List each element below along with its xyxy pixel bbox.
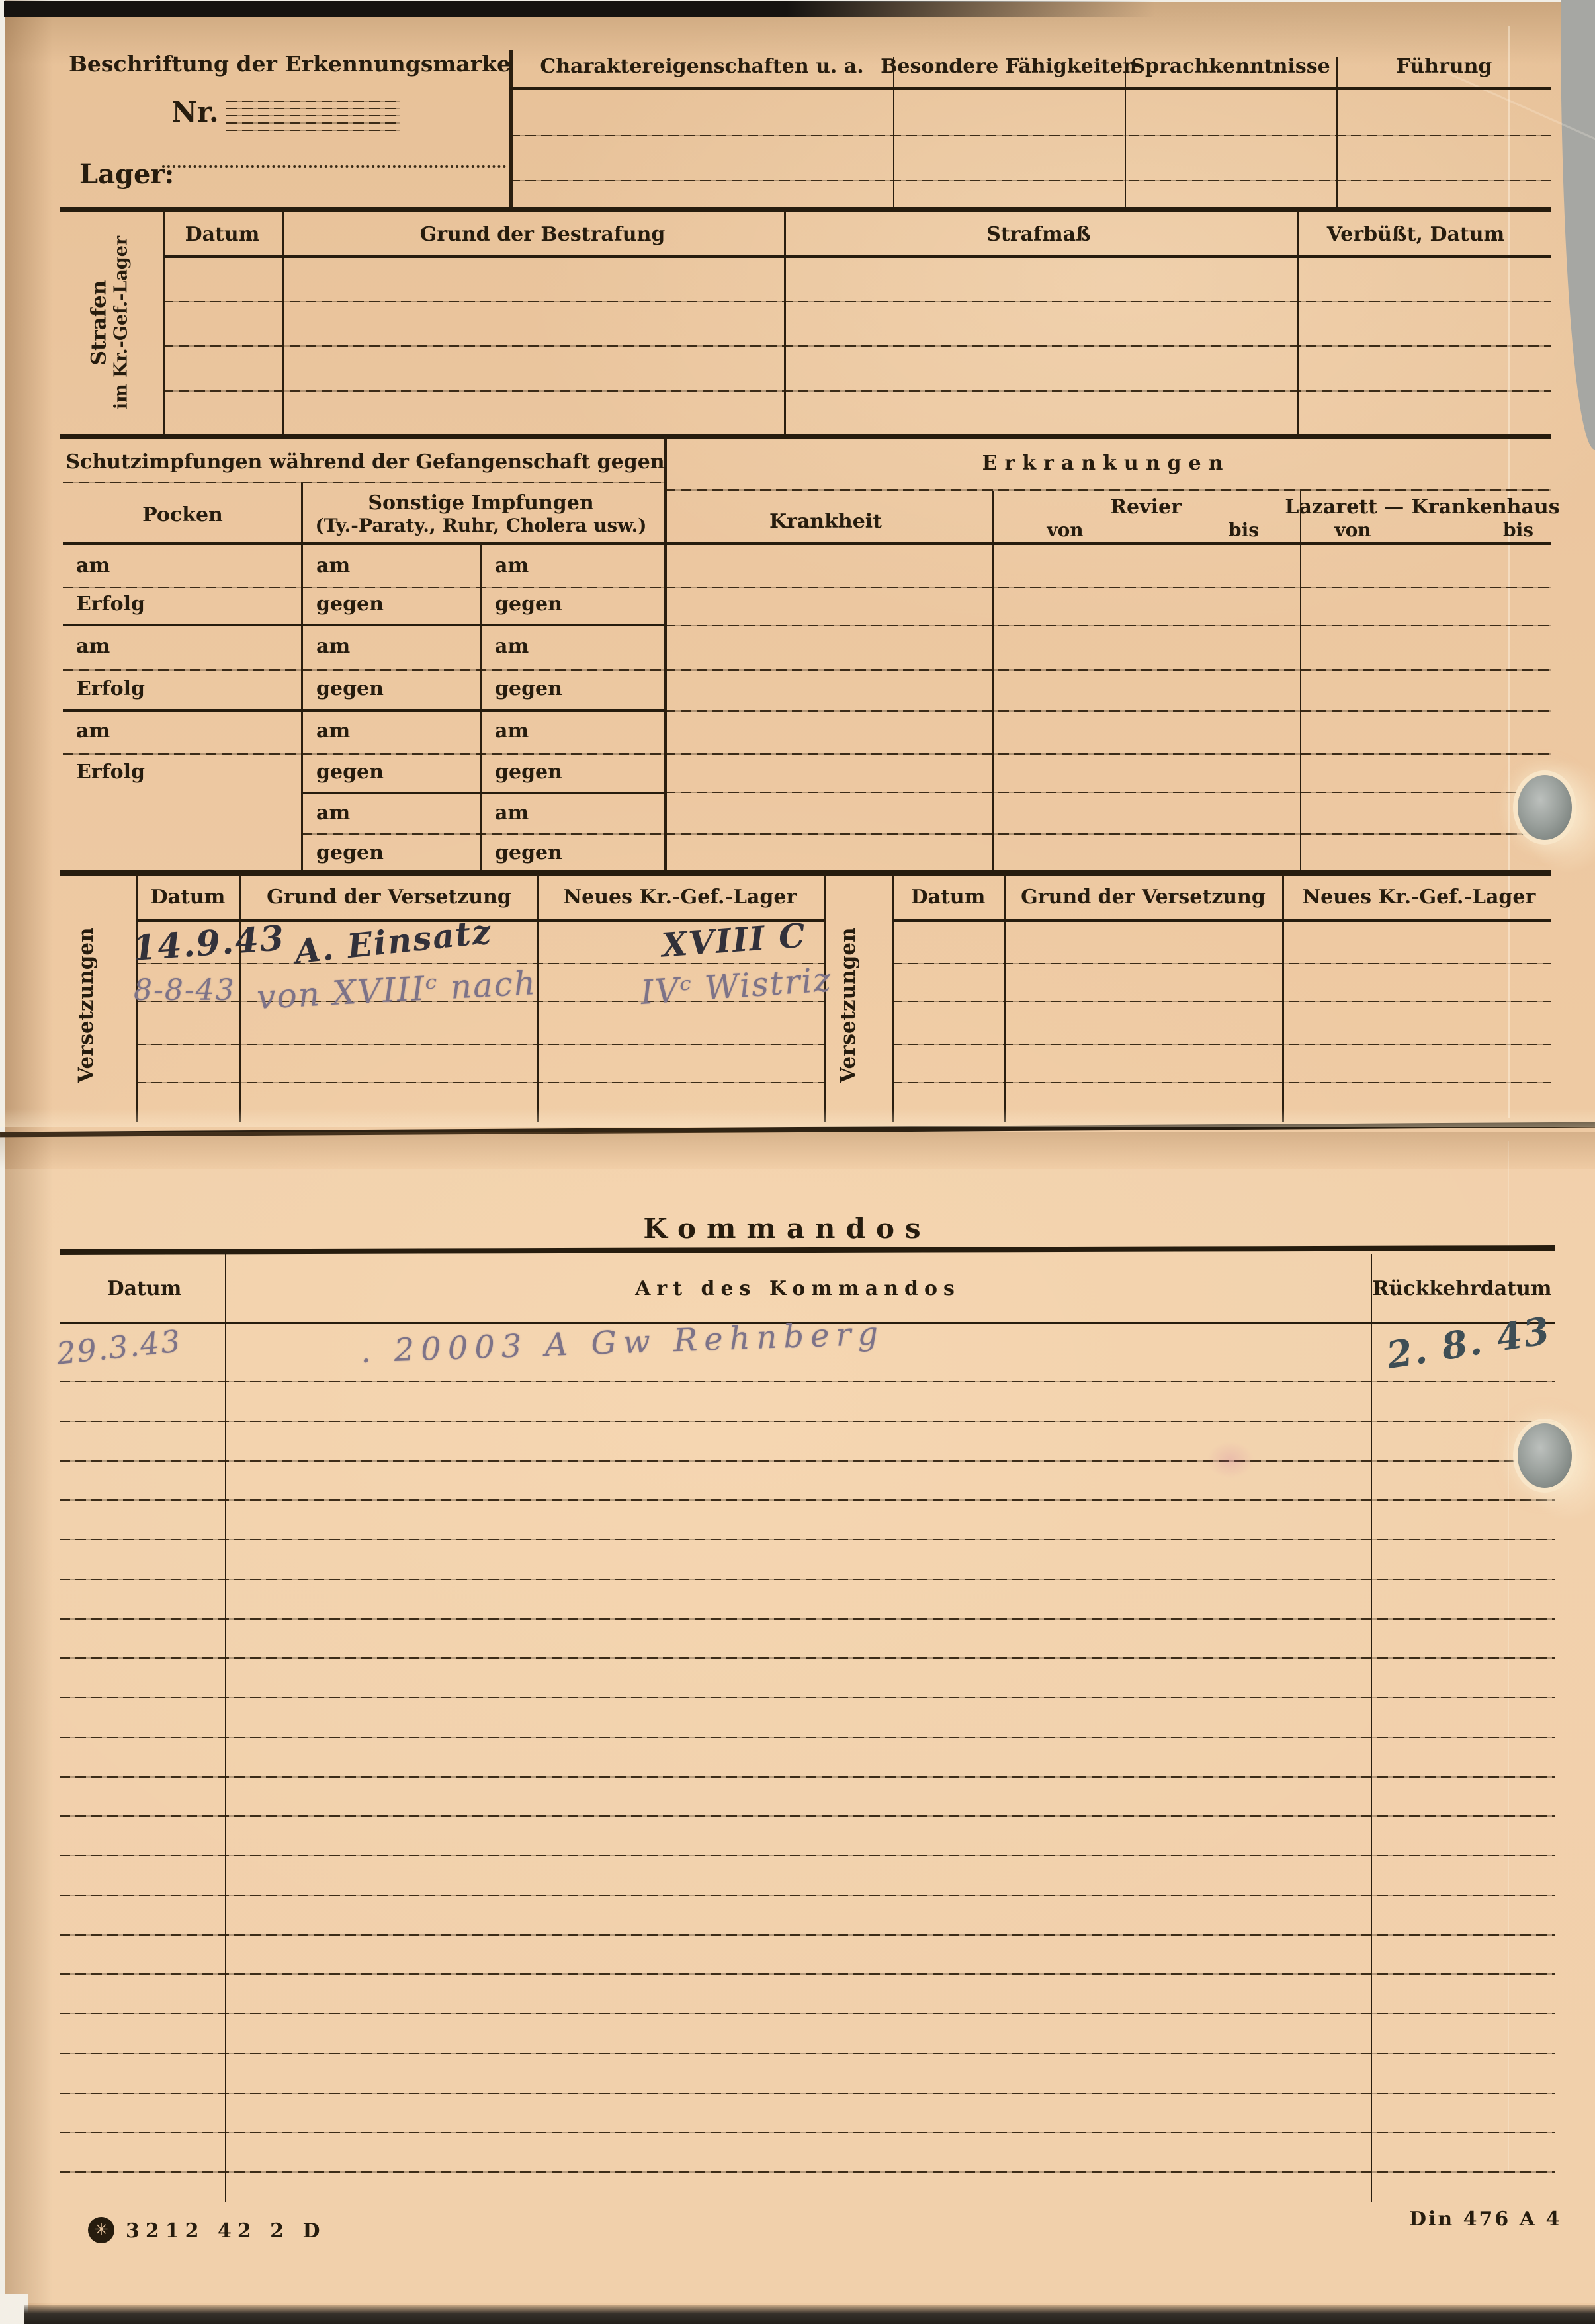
vers-r-col-grund: Grund der Versetzung xyxy=(1021,886,1266,909)
id-block-title: Beschriftung der Erkennungsmarke xyxy=(69,52,511,77)
kommandos-row-line xyxy=(60,1934,1555,1936)
sonst2-am-2: am xyxy=(495,635,529,658)
sonst1-am-4: am xyxy=(316,802,350,825)
vers-l-col-line-2 xyxy=(537,874,539,1122)
kommandos-row-line xyxy=(60,1657,1555,1659)
erkrankungen-col-revier: Revier xyxy=(1110,496,1182,519)
pocken-am-3: am xyxy=(76,720,110,743)
impf-row-line-6 xyxy=(301,792,664,794)
vers-r-header-rule xyxy=(892,919,1551,922)
strafen-col-line-1 xyxy=(282,210,284,436)
impfungen-erkrankungen-divider xyxy=(664,436,667,872)
printer-mark-icon: ✳ xyxy=(88,2217,114,2243)
versetzung-entry2-datum: 8-8-43 xyxy=(134,974,236,1007)
impfungen-col-sonstige: Sonstige Impfungen (Ty.-Paraty., Ruhr, C… xyxy=(315,492,646,536)
versetzungen-right-side-label: Versetzungen xyxy=(836,927,860,1083)
kommandos-title: Kommandos xyxy=(643,1213,931,1245)
scanned-pow-record-card: Beschriftung der Erkennungsmarke Nr. Lag… xyxy=(0,0,1595,2324)
strafen-label-strip-line xyxy=(163,210,165,436)
paper-sheet xyxy=(5,2,1595,2319)
lazarett-bis: bis xyxy=(1503,520,1533,541)
traits-col-line-2 xyxy=(1125,57,1126,209)
erkrankungen-col-line-2 xyxy=(1300,491,1301,872)
hole-punch-2 xyxy=(1518,1423,1572,1488)
vers-l-row-1 xyxy=(136,963,824,964)
vers-l-col-line-1 xyxy=(239,874,241,1122)
erkrankungen-title-rule xyxy=(665,489,1551,491)
kommandos-row-line xyxy=(60,1697,1555,1698)
lager-label: Lager: xyxy=(79,159,174,190)
versetzungen-top-border xyxy=(60,870,1551,876)
strafen-col-datum: Datum xyxy=(185,224,260,247)
kommandos-col-art: Art des Kommandos xyxy=(635,1278,961,1301)
pocken-erfolg-2: Erfolg xyxy=(76,677,145,700)
lager-fill-line xyxy=(162,165,506,168)
kommandos-row-line xyxy=(60,1895,1555,1896)
vers-l-col-grund: Grund der Versetzung xyxy=(267,886,511,909)
kommandos-row-line xyxy=(60,2093,1555,2094)
sonstige-line1: Sonstige Impfungen xyxy=(315,492,646,515)
sonst2-gegen-2: gegen xyxy=(495,677,562,700)
strafen-col-verbuesst: Verbüßt, Datum xyxy=(1327,224,1505,247)
strafen-side-label-line2: im Kr.-Gef.-Lager xyxy=(111,236,132,409)
strafen-row-line-1 xyxy=(163,301,1551,302)
erkr-row-7 xyxy=(665,833,1551,835)
revier-bis: bis xyxy=(1229,520,1259,541)
impf-row-line-5 xyxy=(63,753,664,755)
strafen-row-line-3 xyxy=(163,390,1551,392)
kommandos-row-line xyxy=(60,1421,1555,1422)
traits-col-header-1: Charaktereigenschaften u. a. xyxy=(540,56,863,79)
kommandos-row-line xyxy=(60,1579,1555,1580)
sonst2-gegen-1: gegen xyxy=(495,593,562,616)
kommandos-col-line-1 xyxy=(225,1254,226,2202)
hole-punch-1 xyxy=(1518,775,1572,840)
sonst2-gegen-4: gegen xyxy=(495,841,562,864)
erkrankungen-col-lazarett: Lazarett — Krankenhaus xyxy=(1285,496,1559,519)
kommandos-row-line xyxy=(60,1815,1555,1817)
vers-l-row-4 xyxy=(136,1082,824,1083)
revier-von: von xyxy=(1047,520,1083,541)
impfungen-title: Schutzimpfungen während der Gefangenscha… xyxy=(65,451,664,474)
kommandos-row-line xyxy=(60,1737,1555,1738)
impf-row-line-1 xyxy=(63,587,664,588)
strafen-col-strafmass: Strafmaß xyxy=(986,224,1091,247)
traits-col-header-4: Führung xyxy=(1397,56,1492,79)
sonst1-gegen-4: gegen xyxy=(316,841,384,864)
kommandos-row-line xyxy=(60,1855,1555,1856)
erkr-row-4 xyxy=(665,710,1551,712)
vers-r-border-left xyxy=(892,874,894,1122)
traits-row-line-1 xyxy=(509,135,1551,136)
strafen-row-line-2 xyxy=(163,345,1551,347)
erkr-row-1 xyxy=(665,587,1551,588)
kommandos-row-line xyxy=(60,1381,1555,1382)
vers-r-col-lager: Neues Kr.-Gef.-Lager xyxy=(1303,886,1536,909)
traits-left-border xyxy=(509,50,513,209)
sonst1-gegen-2: gegen xyxy=(316,677,384,700)
vers-r-row-3 xyxy=(892,1044,1551,1045)
traits-col-header-3: Sprachkenntnisse xyxy=(1131,56,1330,79)
versetzungen-left-side-label: Versetzungen xyxy=(74,927,98,1083)
kommandos-row-line xyxy=(60,1776,1555,1778)
kommandos-row-line xyxy=(60,1618,1555,1620)
vers-r-col-datum: Datum xyxy=(911,886,986,909)
kommandos-row-line xyxy=(60,1539,1555,1540)
vers-r-col-line-2 xyxy=(1282,874,1284,1122)
erkrankungen-title: Erkrankungen xyxy=(982,452,1230,476)
pocken-erfolg-1: Erfolg xyxy=(76,593,145,616)
strafen-col-line-3 xyxy=(1297,210,1299,436)
vers-l-col-datum: Datum xyxy=(151,886,226,909)
erkrankungen-header-rule xyxy=(665,542,1551,545)
erkr-row-2 xyxy=(665,625,1551,626)
sonst2-am-4: am xyxy=(495,802,529,825)
vers-r-row-4 xyxy=(892,1082,1551,1083)
strafen-header-rule xyxy=(163,255,1551,258)
sonst2-gegen-3: gegen xyxy=(495,761,562,784)
pocken-am-1: am xyxy=(76,554,110,577)
kommandos-col-datum: Datum xyxy=(107,1278,182,1301)
nr-label: Nr. xyxy=(171,97,218,128)
impf-row-line-2 xyxy=(63,624,664,626)
traits-header-rule xyxy=(509,87,1551,90)
strafen-col-line-2 xyxy=(784,210,786,436)
sonst2-am-3: am xyxy=(495,720,529,743)
impfungen-sub-divider xyxy=(480,544,482,872)
impfungen-top-border xyxy=(60,434,1551,439)
sonstige-line2: (Ty.-Paraty., Ruhr, Cholera usw.) xyxy=(315,515,646,536)
traits-row-line-2 xyxy=(509,180,1551,181)
pocken-am-2: am xyxy=(76,635,110,658)
sonst1-gegen-1: gegen xyxy=(316,593,384,616)
sonst2-am-1: am xyxy=(495,554,529,577)
erkr-row-6 xyxy=(665,792,1551,793)
din-label: Din 476 A 4 xyxy=(1409,2208,1561,2231)
kommandos-row-line xyxy=(60,2013,1555,2014)
impfungen-title-rule xyxy=(63,482,664,483)
vers-l-col-lager: Neues Kr.-Gef.-Lager xyxy=(564,886,797,909)
sonst1-am-2: am xyxy=(316,635,350,658)
traits-col-line-3 xyxy=(1336,57,1338,209)
kommandos-col-rueckkehr: Rückkehrdatum xyxy=(1372,1278,1551,1301)
vers-r-row-2 xyxy=(892,1001,1551,1002)
lazarett-von: von xyxy=(1334,520,1371,541)
strafen-side-label-line1: Strafen xyxy=(87,236,111,409)
erkrankungen-col-krankheit: Krankheit xyxy=(769,511,882,534)
vers-r-col-line-1 xyxy=(1004,874,1006,1122)
strafen-col-grund: Grund der Bestrafung xyxy=(420,224,666,247)
vers-r-row-1 xyxy=(892,963,1551,964)
kommandos-row-line xyxy=(60,1460,1555,1462)
kommandos-row-line xyxy=(60,2132,1555,2133)
impfungen-header-rule xyxy=(63,542,664,545)
erkr-row-5 xyxy=(665,753,1551,755)
strafen-side-label: Strafen im Kr.-Gef.-Lager xyxy=(87,236,132,409)
kommandos-row-line xyxy=(60,2171,1555,2173)
kommandos-row-line xyxy=(60,1973,1555,1975)
vertical-crease-upper xyxy=(1508,26,1510,1118)
impf-row-line-3 xyxy=(63,669,664,671)
impfungen-col-pocken: Pocken xyxy=(142,504,223,527)
traits-col-line-1 xyxy=(893,57,894,209)
sonst1-am-3: am xyxy=(316,720,350,743)
impf-row-line-4 xyxy=(63,709,664,712)
print-code: 3212 42 2 D xyxy=(126,2220,325,2243)
sonst1-gegen-3: gegen xyxy=(316,761,384,784)
erkrankungen-col-line-1 xyxy=(992,491,994,872)
pocken-erfolg-3: Erfolg xyxy=(76,761,145,784)
kommandos-col-line-2 xyxy=(1371,1254,1372,2202)
impf-row-line-7 xyxy=(301,833,664,835)
kommandos-row-line xyxy=(60,1499,1555,1501)
vers-l-row-3 xyxy=(136,1044,824,1045)
traits-col-header-2: Besondere Fähigkeiten xyxy=(881,56,1137,79)
kommandos-row-line xyxy=(60,2053,1555,2054)
sonst1-am-1: am xyxy=(316,554,350,577)
erkr-row-3 xyxy=(665,669,1551,671)
